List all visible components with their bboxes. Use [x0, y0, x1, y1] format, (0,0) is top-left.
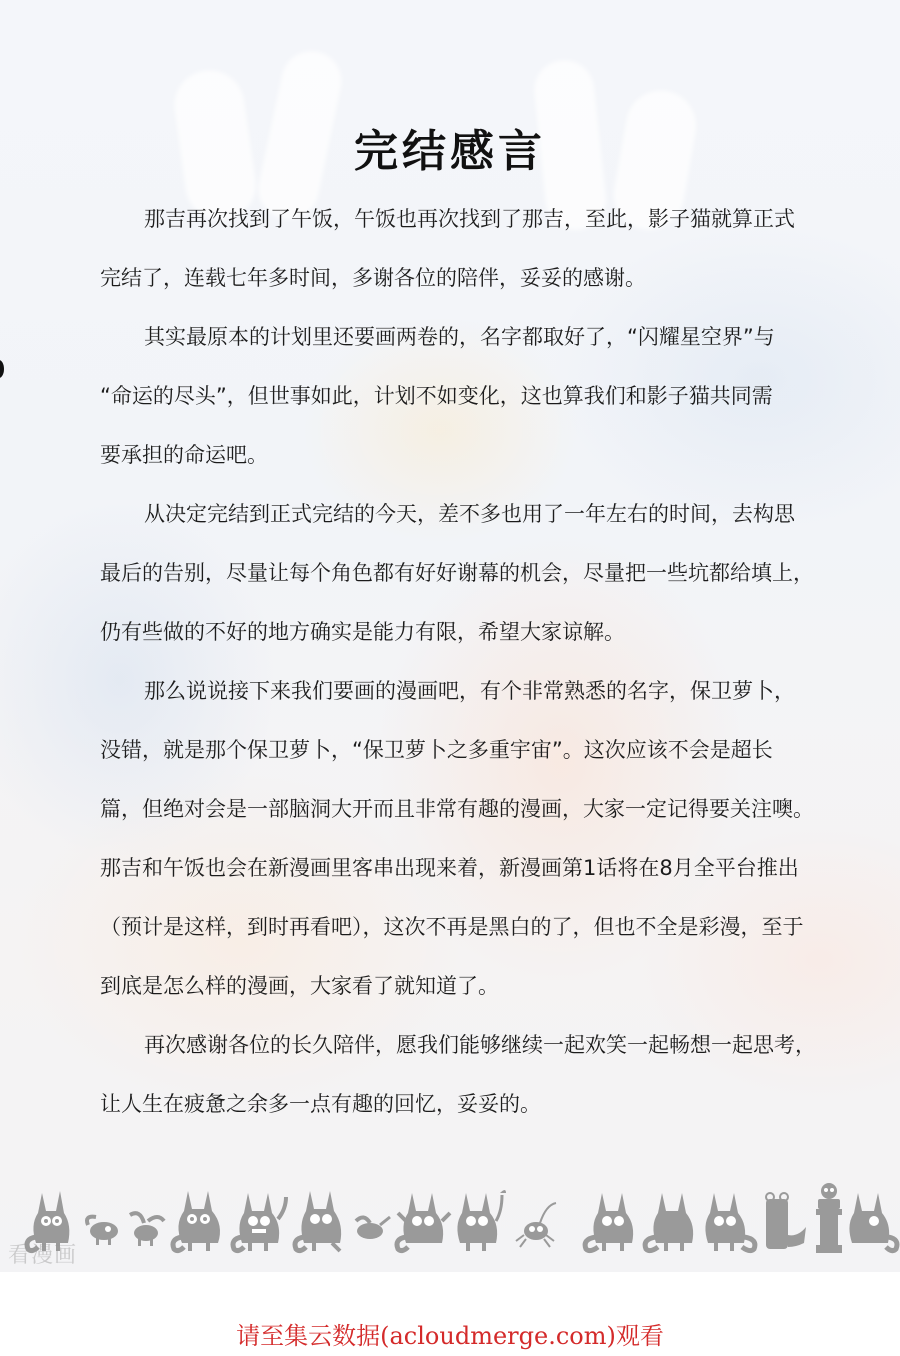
beetle-icon	[514, 1199, 560, 1249]
paragraph: 再次感谢各位的长久陪伴，愿我们能够继续一起欢笑一起畅想一起思考， 让人生在疲惫之…	[100, 1016, 830, 1134]
page-title: 完结感言	[0, 115, 900, 179]
text-line: 篇，但绝对会是一部脑洞大开而且非常有趣的漫画，大家一定记得要关注噢。	[100, 780, 830, 839]
edge-mark	[0, 360, 4, 378]
text-line: 那么说说接下来我们要画的漫画吧，有个非常熟悉的名字，保卫萝卜，	[100, 662, 830, 721]
text-line: 从决定完结到正式完结的今天，差不多也用了一年左右的时间，去构思	[100, 485, 830, 544]
cat-waving-icon	[230, 1185, 292, 1255]
text-line: 那吉和午饭也会在新漫画里客串出现来着，新漫画第1话将在8月全平台推出	[100, 839, 830, 898]
text-line: “命运的尽头”，但世事如此，计划不如变化，这也算我们和影子猫共同需	[100, 367, 830, 426]
text-line: 到底是怎么样的漫画，大家看了就知道了。	[100, 957, 830, 1016]
paragraph: 那么说说接下来我们要画的漫画吧，有个非常熟悉的名字，保卫萝卜， 没错，就是那个保…	[100, 662, 830, 1016]
paragraph: 那吉再次找到了午饭，午饭也再次找到了那吉，至此，影子猫就算正式 完结了，连载七年…	[100, 190, 830, 308]
text-line: 完结了，连载七年多时间，多谢各位的陪伴，妥妥的感谢。	[100, 249, 830, 308]
cat-icon	[846, 1185, 900, 1255]
text-line: 最后的告别，尽量让每个角色都有好好谢幕的机会，尽量把一些坑都给填上，	[100, 544, 830, 603]
text-line: 那吉再次找到了午饭，午饭也再次找到了那吉，至此，影子猫就算正式	[100, 190, 830, 249]
text-line: 仍有些做的不好的地方确实是能力有限，希望大家谅解。	[100, 603, 830, 662]
cat-icon	[580, 1185, 638, 1255]
footer-strip: 请至集云数据(acloudmerge.com)观看	[0, 1272, 900, 1356]
totem-pillar-icon	[812, 1181, 846, 1255]
text-line: 没错，就是那个保卫萝卜，“保卫萝卜之多重宇宙”。这次应该不会是超长	[100, 721, 830, 780]
watermark: 看漫画	[8, 1238, 77, 1269]
text-line: 要承担的命运吧。	[100, 426, 830, 485]
cat-icon	[392, 1185, 452, 1255]
shark-creature-icon	[762, 1191, 810, 1255]
source-notice: 请至集云数据(acloudmerge.com)观看	[0, 1316, 900, 1351]
afterword-body: 那吉再次找到了午饭，午饭也再次找到了那吉，至此，影子猫就算正式 完结了，连载七年…	[100, 190, 830, 1134]
text-line: 让人生在疲惫之余多一点有趣的回忆，妥妥的。	[100, 1075, 830, 1134]
text-line: 其实最原本的计划里还要画两卷的，名字都取好了，“闪耀星空界”与	[100, 308, 830, 367]
afterword-page: 完结感言 那吉再次找到了午饭，午饭也再次找到了那吉，至此，影子猫就算正式 完结了…	[0, 0, 900, 1272]
cat-holding-sprout-icon	[452, 1185, 508, 1255]
character-silhouette-row	[20, 1185, 900, 1255]
bug-icon	[80, 1207, 124, 1247]
cat-icon	[700, 1185, 760, 1255]
cat-icon	[640, 1185, 698, 1255]
bug-icon	[350, 1207, 392, 1247]
cat-icon	[168, 1185, 228, 1255]
paragraph: 其实最原本的计划里还要画两卷的，名字都取好了，“闪耀星空界”与 “命运的尽头”，…	[100, 308, 830, 485]
cat-icon	[292, 1185, 348, 1255]
text-line: （预计是这样，到时再看吧），这次不再是黑白的了，但也不全是彩漫，至于	[100, 898, 830, 957]
bug-icon	[124, 1205, 168, 1247]
paragraph: 从决定完结到正式完结的今天，差不多也用了一年左右的时间，去构思 最后的告别，尽量…	[100, 485, 830, 662]
text-line: 再次感谢各位的长久陪伴，愿我们能够继续一起欢笑一起畅想一起思考，	[100, 1016, 830, 1075]
